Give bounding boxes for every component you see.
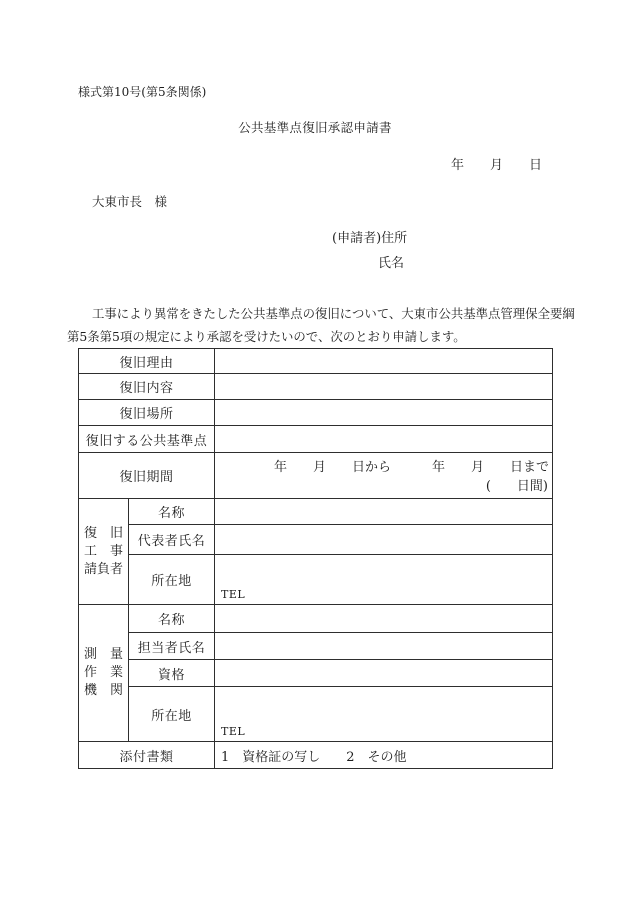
surveyor-staff-label: 担当者氏名 [129, 633, 215, 660]
row-reason: 復旧理由 [79, 349, 553, 374]
contractor-representative-value-cell [215, 525, 553, 555]
row-attachments: 添付書類 1 資格証の写し 2 その他 [79, 742, 553, 769]
application-table: 復旧理由 復旧内容 復旧場所 復旧する公共基準点 復旧期間 年 月 日から 年 … [78, 348, 553, 769]
body-paragraph-line-1: 工事により異常をきたした公共基準点の復旧について、大東市公共基準点管理保全要綱 [67, 304, 604, 322]
content-value-cell [215, 374, 553, 400]
row-content: 復旧内容 [79, 374, 553, 400]
addressee: 大東市長 様 [92, 192, 167, 210]
surveyor-group-label: 測 量 作 業 機 関 [79, 605, 129, 742]
surveyor-group-line3: 機 関 [79, 682, 128, 700]
row-benchmark: 復旧する公共基準点 [79, 426, 553, 453]
period-from-text: 年 月 日から [274, 460, 391, 476]
row-surveyor-staff: 担当者氏名 [79, 633, 553, 660]
attachments-label: 添付書類 [79, 742, 215, 769]
surveyor-group-line1: 測 量 [79, 646, 128, 664]
surveyor-name-value-cell [215, 605, 553, 633]
contractor-address-label: 所在地 [129, 555, 215, 605]
benchmark-label: 復旧する公共基準点 [79, 426, 215, 453]
surveyor-qualification-value-cell [215, 660, 553, 687]
row-contractor-address: 所在地 TEL [79, 555, 553, 605]
row-surveyor-name: 測 量 作 業 機 関 名称 [79, 605, 553, 633]
period-label: 復旧期間 [79, 453, 215, 499]
surveyor-group-line2: 作 業 [79, 664, 128, 682]
location-label: 復旧場所 [79, 400, 215, 426]
benchmark-value-cell [215, 426, 553, 453]
contractor-address-value-cell: TEL [215, 555, 553, 605]
form-number: 様式第10号(第5条関係) [78, 83, 206, 100]
row-contractor-representative: 代表者氏名 [79, 525, 553, 555]
surveyor-address-value-cell: TEL [215, 687, 553, 742]
document-page: 様式第10号(第5条関係) 公共基準点復旧承認申請書 年 月 日 大東市長 様 … [0, 0, 630, 903]
attachments-value-cell: 1 資格証の写し 2 その他 [215, 742, 553, 769]
row-period: 復旧期間 年 月 日から 年 月 日まで ( 日間) [79, 453, 553, 499]
reason-value-cell [215, 349, 553, 374]
contractor-group-label: 復 旧 工 事 請負者 [79, 499, 129, 605]
reason-label: 復旧理由 [79, 349, 215, 374]
contractor-tel-label: TEL [215, 588, 245, 604]
row-surveyor-qualification: 資格 [79, 660, 553, 687]
surveyor-staff-value-cell [215, 633, 553, 660]
contractor-name-label: 名称 [129, 499, 215, 525]
date-line: 年 月 日 [451, 154, 542, 173]
applicant-address-label: (申請者)住所 [332, 227, 407, 246]
content-label: 復旧内容 [79, 374, 215, 400]
contractor-representative-label: 代表者氏名 [129, 525, 215, 555]
surveyor-tel-label: TEL [215, 725, 245, 741]
row-location: 復旧場所 [79, 400, 553, 426]
row-surveyor-address: 所在地 TEL [79, 687, 553, 742]
surveyor-name-label: 名称 [129, 605, 215, 633]
contractor-group-line2: 工 事 [79, 543, 128, 561]
location-value-cell [215, 400, 553, 426]
surveyor-qualification-label: 資格 [129, 660, 215, 687]
contractor-group-line3: 請負者 [79, 561, 128, 579]
period-value-cell: 年 月 日から 年 月 日まで ( 日間) [215, 453, 553, 499]
surveyor-address-label: 所在地 [129, 687, 215, 742]
contractor-group-line1: 復 旧 [79, 525, 128, 543]
body-paragraph-line-2: 第5条第5項の規定により承認を受けたいので、次のとおり申請します。 [67, 327, 579, 345]
page-title: 公共基準点復旧承認申請書 [0, 118, 630, 136]
row-contractor-name: 復 旧 工 事 請負者 名称 [79, 499, 553, 525]
period-to-text: 年 月 日まで [432, 460, 549, 476]
period-days-text: ( 日間) [215, 476, 552, 495]
attachments-value-text: 1 資格証の写し 2 その他 [215, 746, 552, 765]
applicant-name-label: 氏名 [378, 252, 404, 271]
contractor-name-value-cell [215, 499, 553, 525]
